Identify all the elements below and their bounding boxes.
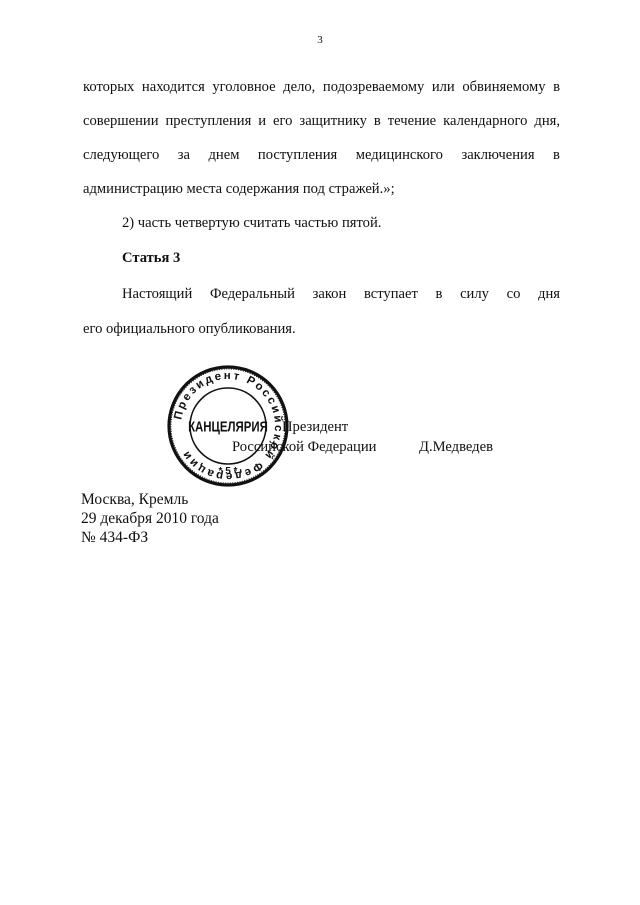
stamp-center-text: КАНЦЕЛЯРИЯ xyxy=(188,418,268,435)
word: Федеральный xyxy=(210,285,295,303)
word: в xyxy=(436,285,443,303)
stamp-bottom-text: * 5 * xyxy=(219,466,238,477)
footer-date: 29 декабря 2010 года xyxy=(81,510,219,528)
footer-law-number: № 434-ФЗ xyxy=(81,529,148,547)
body-line-1: которых находится уголовное дело, подозр… xyxy=(83,78,560,96)
word: медицинского xyxy=(356,146,443,164)
word: вступает xyxy=(364,285,418,303)
word: дня xyxy=(538,285,560,303)
word: в xyxy=(553,146,560,164)
article-text-line-2: его официального опубликования. xyxy=(83,320,296,338)
word: следующего xyxy=(83,146,159,164)
word: днем xyxy=(209,146,240,164)
article-text-line-1: Настоящий Федеральный закон вступает в с… xyxy=(122,285,560,303)
body-line-2: совершении преступления и его защитнику … xyxy=(83,112,560,130)
official-stamp-icon: Президент Российской Федерации КАНЦЕЛЯРИ… xyxy=(166,364,290,488)
word: поступления xyxy=(258,146,337,164)
word: Настоящий xyxy=(122,285,192,303)
page-number: 3 xyxy=(0,34,640,46)
signatory-name: Д.Медведев xyxy=(419,438,493,456)
word: силу xyxy=(460,285,489,303)
body-line-3: следующего за днем поступления медицинск… xyxy=(83,146,560,164)
word: заключения xyxy=(461,146,534,164)
signature-title-line-2: Российской Федерации xyxy=(232,438,377,456)
word: за xyxy=(178,146,190,164)
word: со xyxy=(507,285,521,303)
signature-title-line-1: Президент xyxy=(282,418,348,436)
list-item-2: 2) часть четвертую считать частью пятой. xyxy=(122,214,381,232)
body-line-4: администрацию места содержания под страж… xyxy=(83,180,395,198)
article-heading: Статья 3 xyxy=(122,249,180,267)
word: закон xyxy=(313,285,347,303)
footer-place: Москва, Кремль xyxy=(81,491,188,509)
